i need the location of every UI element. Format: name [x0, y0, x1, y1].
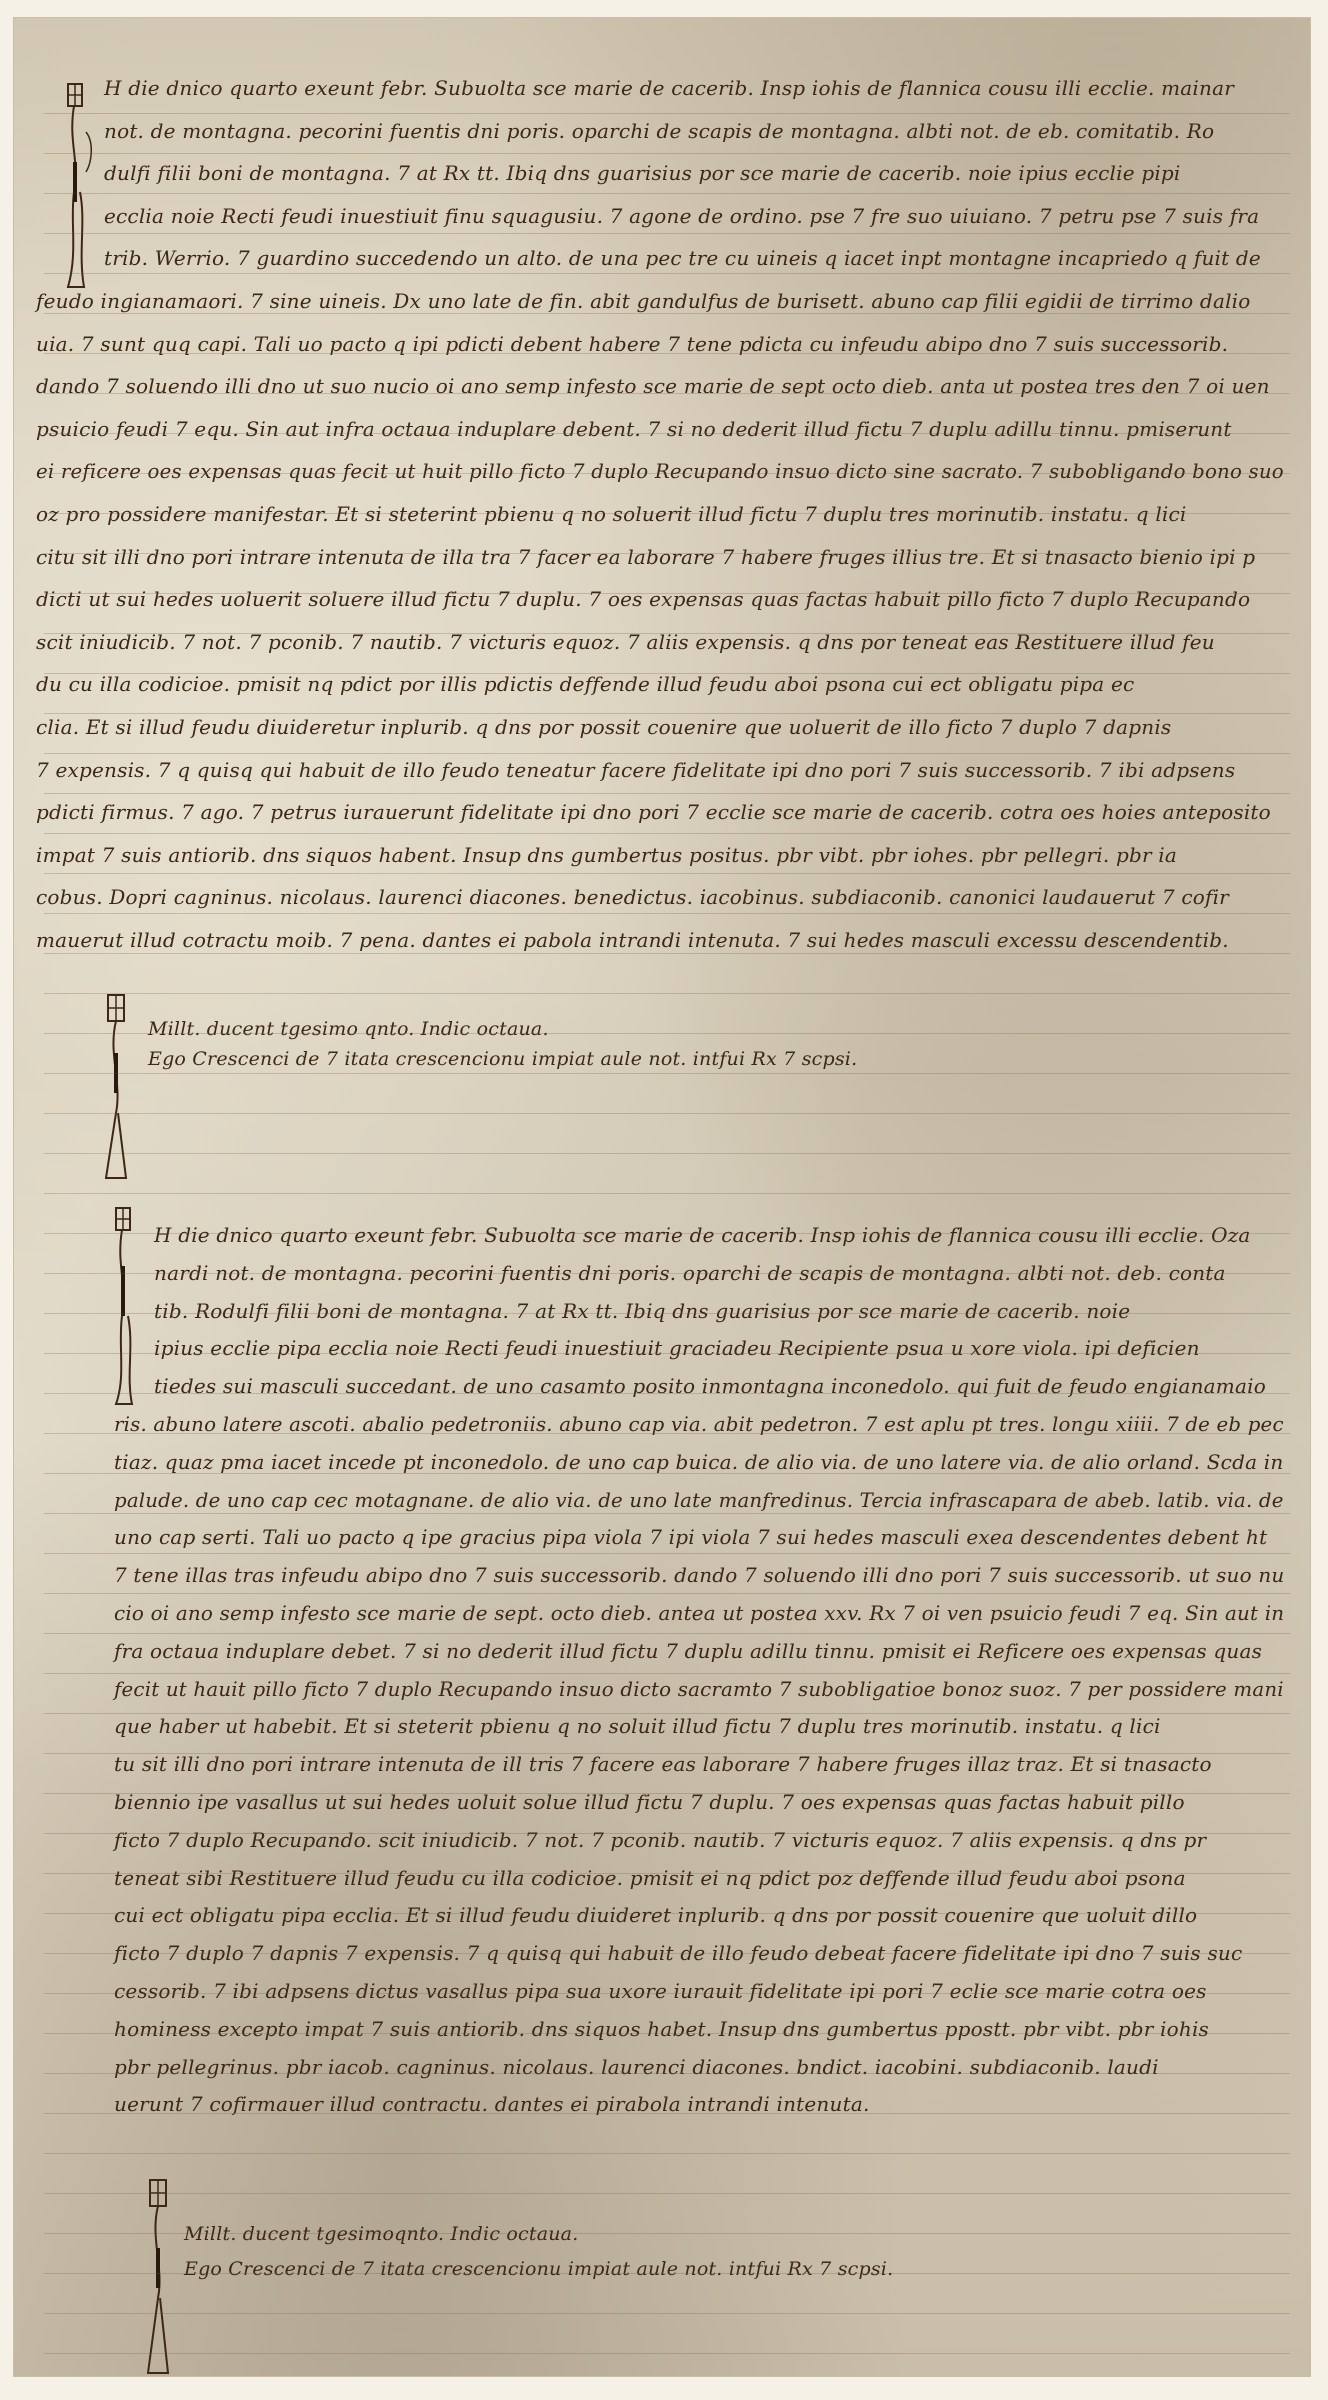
ruling-line — [44, 753, 1290, 754]
manuscript-line: ipius ecclie pipa ecclia noie Recti feud… — [154, 1336, 1284, 1360]
ruling-line — [44, 2353, 1290, 2354]
ruling-line — [44, 273, 1290, 274]
ruling-line — [44, 1113, 1290, 1114]
ruling-line — [44, 2033, 1290, 2034]
manuscript-line: ei reficere oes expensas quas fecit ut h… — [36, 459, 1268, 483]
manuscript-line: mauerut illud cotractu moib. 7 pena. dan… — [36, 928, 1284, 952]
manuscript-line: 7 expensis. 7 q quisq qui habuit de illo… — [36, 758, 1284, 782]
ruling-line — [44, 393, 1290, 394]
manuscript-line: ecclia noie Recti feudi inuestiuit finu … — [104, 204, 1284, 228]
ruling-line — [44, 1993, 1290, 1994]
ruling-line — [44, 1793, 1290, 1794]
ruling-line — [44, 313, 1290, 314]
manuscript-line: cobus. Dopri cagninus. nicolaus. laurenc… — [36, 885, 1284, 909]
subscription-date-line-copy1: Millt. ducent tgesimo qnto. Indic octaua… — [148, 1018, 549, 1040]
ruling-line — [44, 2073, 1290, 2074]
ruling-line — [44, 1433, 1290, 1434]
manuscript-line: H die dnico quarto exeunt febr. Subuolta… — [104, 76, 1284, 100]
manuscript-line: H die dnico quarto exeunt febr. Subuolta… — [154, 1223, 1284, 1247]
manuscript-line: tu sit illi dno pori intrare intenuta de… — [114, 1752, 1284, 1776]
ruling-line — [44, 1873, 1290, 1874]
manuscript-line: pbr pellegrinus. pbr iacob. cagninus. ni… — [114, 2055, 1284, 2079]
subscription-notary-line-copy2: Ego Crescenci de 7 itata crescencionu im… — [184, 2258, 893, 2280]
ruling-line — [44, 1033, 1290, 1034]
ruling-line — [44, 553, 1290, 554]
ruling-line — [44, 2273, 1290, 2274]
ruling-line — [44, 1393, 1290, 1394]
manuscript-line: uno cap serti. Tali uo pacto q ipe graci… — [114, 1525, 1284, 1549]
parchment-sheet: H die dnico quarto exeunt febr. Subuolta… — [14, 18, 1310, 2376]
ruling-line — [44, 113, 1290, 114]
manuscript-line: fecit ut hauit pillo ficto 7 duplo Recup… — [114, 1677, 1271, 1701]
manuscript-line: not. de montagna. pecorini fuentis dni p… — [104, 119, 1284, 143]
ruling-line — [44, 793, 1290, 794]
manuscript-line: oz pro possidere manifestar. Et si stete… — [36, 502, 1284, 526]
ruling-line — [44, 673, 1290, 674]
ruling-line — [44, 2193, 1290, 2194]
manuscript-line: cui ect obligatu pipa ecclia. Et si illu… — [114, 1903, 1284, 1927]
manuscript-line: psuicio feudi 7 equ. Sin aut infra octau… — [36, 417, 1284, 441]
ruling-line — [44, 2153, 1290, 2154]
ruling-line — [44, 193, 1290, 194]
ruling-line — [44, 2233, 1290, 2234]
notarial-signum-copy1-subscription — [100, 993, 140, 1183]
ruling-line — [44, 2313, 1290, 2314]
manuscript-line: feudo ingianamaori. 7 sine uineis. Dx un… — [36, 289, 1284, 313]
notarial-signum-copy2-initial — [112, 1206, 152, 1411]
ruling-line — [44, 913, 1290, 914]
ruling-line — [44, 993, 1290, 994]
ruling-line — [44, 1593, 1290, 1594]
ruling-line — [44, 1553, 1290, 1554]
ruling-line — [44, 233, 1290, 234]
ruling-line — [44, 353, 1290, 354]
manuscript-line: tiaz. quaz pma iacet incede pt inconedol… — [114, 1450, 1284, 1474]
manuscript-line: 7 tene illas tras infeudu abipo dno 7 su… — [114, 1563, 1281, 1587]
ruling-line — [44, 473, 1290, 474]
manuscript-line: clia. Et si illud feudu diuideretur inpl… — [36, 715, 1284, 739]
ruling-line — [44, 1233, 1290, 1234]
manuscript-line: ficto 7 duplo Recupando. scit iniudicib.… — [114, 1828, 1284, 1852]
manuscript-line: dulfi filii boni de montagna. 7 at Rx tt… — [104, 161, 1284, 185]
ruling-line — [44, 633, 1290, 634]
manuscript-line: cessorib. 7 ibi adpsens dictus vasallus … — [114, 1979, 1284, 2003]
manuscript-line: impat 7 suis antiorib. dns siquos habent… — [36, 843, 1284, 867]
notarial-signum-copy2-subscription — [142, 2178, 182, 2378]
manuscript-line: citu sit illi dno pori intrare intenuta … — [36, 545, 1284, 569]
ruling-line — [44, 1913, 1290, 1914]
ruling-line — [44, 713, 1290, 714]
ruling-line — [44, 1953, 1290, 1954]
ruling-line — [44, 1313, 1290, 1314]
manuscript-line: dicti ut sui hedes uoluerit soluere illu… — [36, 587, 1284, 611]
ruling-line — [44, 1753, 1290, 1754]
manuscript-line: du cu illa codicioe. pmisit nq pdict por… — [36, 672, 1284, 696]
manuscript-line: fra octaua induplare debet. 7 si no dede… — [114, 1639, 1284, 1663]
ruling-line — [44, 153, 1290, 154]
manuscript-line: palude. de uno cap cec motagnane. de ali… — [114, 1488, 1267, 1512]
subscription-notary-line-copy1: Ego Crescenci de 7 itata crescencionu im… — [148, 1048, 857, 1070]
ruling-line — [44, 1833, 1290, 1834]
ruling-line — [44, 1513, 1290, 1514]
manuscript-line: teneat sibi Restituere illud feudu cu il… — [114, 1866, 1284, 1890]
ruling-line — [44, 1673, 1290, 1674]
ruling-line — [44, 1633, 1290, 1634]
manuscript-line: tiedes sui masculi succedant. de uno cas… — [154, 1374, 1284, 1398]
manuscript-line: trib. Werrio. 7 guardino succedendo un a… — [104, 246, 1284, 270]
manuscript-line: uia. 7 sunt quq capi. Tali uo pacto q ip… — [36, 332, 1284, 356]
ruling-line — [44, 1153, 1290, 1154]
ruling-line — [44, 1713, 1290, 1714]
manuscript-line: dando 7 soluendo illi dno ut suo nucio o… — [36, 374, 1284, 398]
manuscript-line: tib. Rodulfi filii boni de montagna. 7 a… — [154, 1299, 1284, 1323]
manuscript-line: pdicti firmus. 7 ago. 7 petrus iurauerun… — [36, 800, 1284, 824]
notarial-signum-copy1-initial — [64, 82, 104, 297]
ruling-line — [44, 873, 1290, 874]
ruling-line — [44, 953, 1290, 954]
manuscript-line: cio oi ano semp infesto sce marie de sep… — [114, 1601, 1277, 1625]
ruling-line — [44, 1193, 1290, 1194]
ruling-line — [44, 2113, 1290, 2114]
ruling-line — [44, 593, 1290, 594]
ruling-line — [44, 1353, 1290, 1354]
ruling-line — [44, 1073, 1290, 1074]
ruling-line — [44, 1273, 1290, 1274]
ruling-line — [44, 433, 1290, 434]
manuscript-line: que haber ut habebit. Et si steterit pbi… — [114, 1714, 1284, 1738]
ruling-line — [44, 1473, 1290, 1474]
ruling-line — [44, 513, 1290, 514]
ruling-line — [44, 833, 1290, 834]
manuscript-line: hominess excepto impat 7 suis antiorib. … — [114, 2017, 1284, 2041]
subscription-date-line-copy2: Millt. ducent tgesimoqnto. Indic octaua. — [184, 2223, 578, 2245]
